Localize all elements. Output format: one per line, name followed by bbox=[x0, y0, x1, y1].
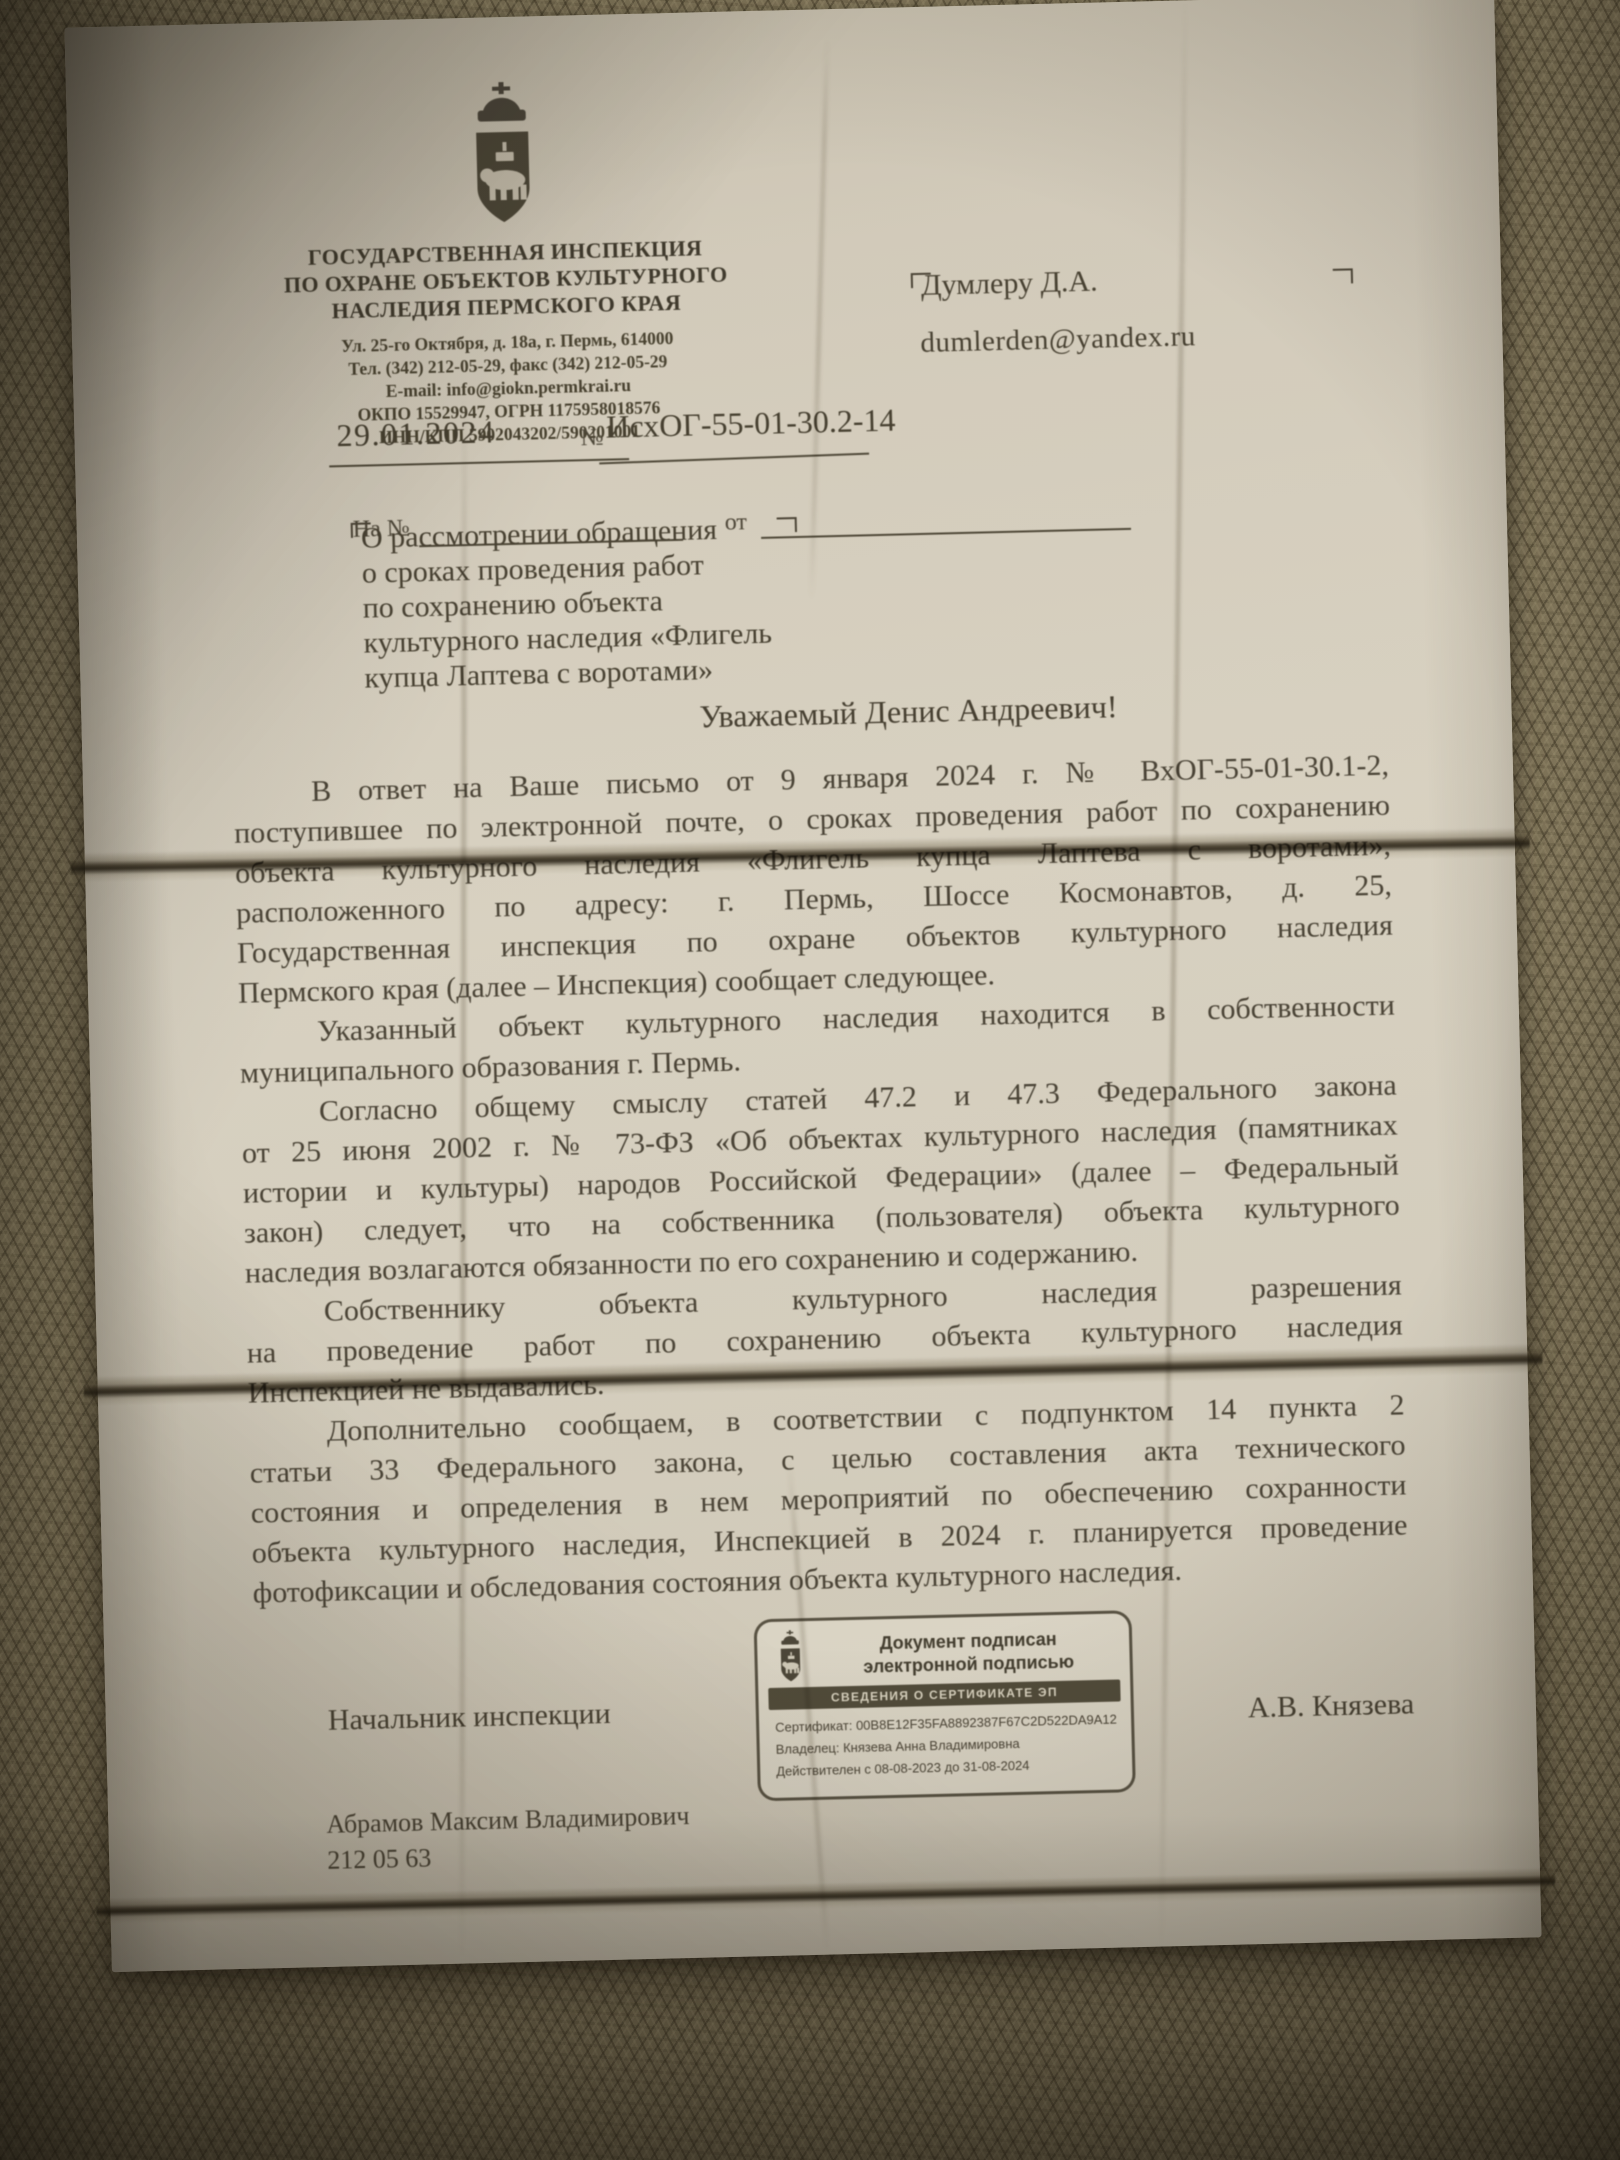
executor-name: Абрамов Максим Владимирович bbox=[326, 1801, 690, 1840]
subject-block: О рассмотрении обращения о сроках провед… bbox=[361, 509, 835, 695]
date-underline bbox=[329, 458, 629, 467]
subject-corner-mark-left bbox=[351, 522, 371, 537]
letter-paper: ГОСУДАРСТВЕННАЯ ИНСПЕКЦИЯ ПО ОХРАНЕ ОБЪЕ… bbox=[64, 0, 1541, 1972]
addressee-name: Думлеру Д.А. bbox=[921, 265, 1098, 303]
certificate-owner: Владелец: Князева Анна Владимировна bbox=[776, 1733, 1124, 1757]
esign-stamp: Документ подписан электронной подписью С… bbox=[754, 1610, 1136, 1801]
certificate-bar: СВЕДЕНИЯ О СЕРТИФИКАТЕ ЭП bbox=[768, 1679, 1120, 1710]
letter-content: ГОСУДАРСТВЕННАЯ ИНСПЕКЦИЯ ПО ОХРАНЕ ОБЪЕ… bbox=[64, 0, 1541, 1972]
number-underline bbox=[599, 453, 869, 465]
stamp-title: Документ подписан электронной подписью bbox=[815, 1626, 1122, 1679]
signatory-name: А.В. Князева bbox=[1247, 1687, 1414, 1725]
addressee-corner-mark-right bbox=[1333, 268, 1353, 283]
coat-of-arms-icon bbox=[461, 78, 545, 230]
signature-position: Начальник инспекции bbox=[327, 1697, 611, 1738]
executor-phone: 212 05 63 bbox=[327, 1843, 432, 1876]
subject-corner-mark-right bbox=[777, 517, 797, 532]
stamp-coat-of-arms-icon bbox=[772, 1629, 809, 1684]
number-sign-label: № bbox=[580, 425, 604, 453]
photo-scene: ГОСУДАРСТВЕННАЯ ИНСПЕКЦИЯ ПО ОХРАНЕ ОБЪЕ… bbox=[0, 0, 1620, 2160]
letter-date: 29.01.2024 bbox=[336, 413, 496, 454]
addressee-email: dumlerden@yandex.ru bbox=[920, 320, 1196, 360]
addressee-corner-mark-left bbox=[911, 273, 931, 288]
certificate-number: Сертификат: 00B8E12F35FA8892387F67C2D522… bbox=[775, 1711, 1123, 1735]
salutation: Уважаемый Денис Андреевич! bbox=[699, 688, 1118, 735]
certificate-validity: Действителен с 08-08-2023 до 31-08-2024 bbox=[776, 1755, 1124, 1779]
outgoing-number: ИсхОГ-55-01-30.2-14 bbox=[606, 402, 896, 446]
